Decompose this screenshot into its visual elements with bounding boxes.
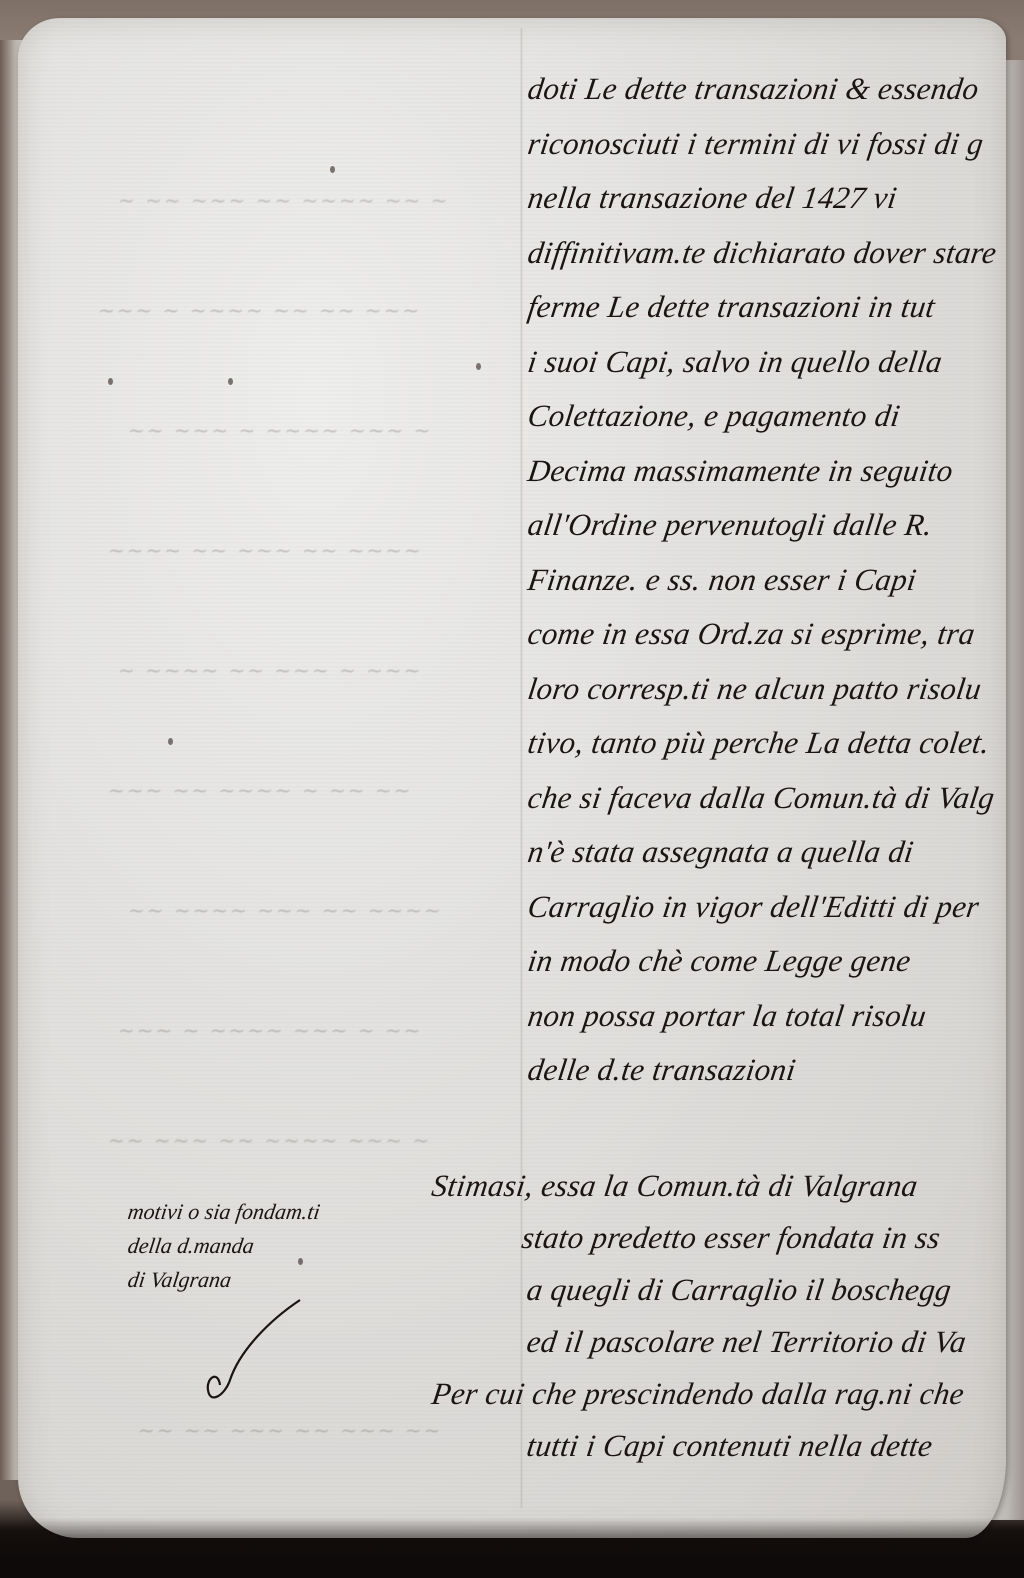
text-line: all'Ordine pervenutogli dalle R. bbox=[524, 498, 1012, 553]
text-line: Finanze. e ss. non esser i Capi bbox=[524, 553, 1012, 608]
bleed-through-ink: ~ ~~ ~~~ ~~ ~~~~ ~~ ~ bbox=[118, 188, 450, 212]
bleed-through-ink: ~~ ~~ ~~~ ~~ ~~~ ~~ bbox=[138, 1418, 442, 1442]
margin-note-line: motivi o sia fondam.ti bbox=[126, 1195, 391, 1229]
text-line: non possa portar la total risolu bbox=[524, 989, 1012, 1044]
manuscript-photo: ~ ~~ ~~~ ~~ ~~~~ ~~ ~ ~~~ ~ ~~~~ ~~ ~~ ~… bbox=[0, 0, 1024, 1578]
text-line: che si faceva dalla Comun.tà di Valg bbox=[524, 771, 1012, 826]
ink-speck bbox=[476, 363, 481, 370]
bleed-through-ink: ~~~ ~~ ~~~~ ~ ~~ ~~ bbox=[108, 778, 412, 802]
text-line: ferme Le dette transazioni in tut bbox=[524, 280, 1012, 335]
bleed-through-ink: ~~ ~~~ ~ ~~~~ ~~~ ~ bbox=[128, 418, 432, 442]
text-line: diffinitivam.te dichiarato dover stare bbox=[524, 226, 1012, 281]
text-line: delle d.te transazioni bbox=[524, 1043, 1012, 1098]
main-text-column: doti Le dette transazioni & essendo rico… bbox=[528, 62, 1008, 1098]
margin-note-line: della d.manda bbox=[126, 1229, 391, 1263]
text-line: Decima massimamente in seguito bbox=[524, 444, 1012, 499]
text-line: loro corresp.ti ne alcun patto risolu bbox=[524, 662, 1012, 717]
text-line: ed il pascolare nel Territorio di Va bbox=[428, 1316, 1015, 1368]
text-line: riconosciuti i termini di vi fossi di g bbox=[524, 117, 1012, 172]
second-paragraph: Stimasi, essa la Comun.tà di Valgrana st… bbox=[432, 1160, 1012, 1472]
text-line: come in essa Ord.za si esprime, tra bbox=[524, 607, 1012, 662]
text-line: tivo, tanto più perche La detta colet. bbox=[524, 716, 1012, 771]
bleed-through-ink: ~~ ~~~ ~~ ~~~~ ~~~ ~ bbox=[108, 1128, 431, 1152]
text-line: nella transazione del 1427 vi bbox=[524, 171, 1012, 226]
text-line: n'è stata assegnata a quella di bbox=[524, 825, 1012, 880]
bleed-through-ink: ~~~ ~ ~~~~ ~~ ~~ ~~~ bbox=[98, 298, 421, 322]
ink-speck bbox=[228, 378, 233, 385]
ink-speck bbox=[168, 738, 173, 745]
ink-speck bbox=[108, 378, 113, 385]
text-line: Colettazione, e pagamento di bbox=[524, 389, 1012, 444]
text-line: i suoi Capi, salvo in quello della bbox=[524, 335, 1012, 390]
text-line: tutti i Capi contenuti nella dette bbox=[428, 1420, 1015, 1472]
text-line: Per cui che prescindendo dalla rag.ni ch… bbox=[428, 1368, 1015, 1420]
text-line: stato predetto esser fondata in ss bbox=[428, 1212, 1015, 1264]
text-line: in modo chè come Legge gene bbox=[524, 934, 1012, 989]
ink-speck bbox=[330, 166, 335, 173]
bleed-through-ink: ~~ ~~~~ ~~~ ~~ ~~~~ bbox=[128, 898, 443, 922]
table-surface-shadow bbox=[0, 1518, 1024, 1578]
text-line: doti Le dette transazioni & essendo bbox=[524, 62, 1012, 117]
bleed-through-ink: ~~~ ~ ~~~~ ~~~ ~ ~~ bbox=[118, 1018, 422, 1042]
text-line: Carraglio in vigor dell'Editti di per bbox=[524, 880, 1012, 935]
bleed-through-ink: ~~~~ ~~ ~~~ ~~ ~~~~ bbox=[108, 538, 423, 562]
bleed-through-ink: ~ ~~~~ ~~ ~~~ ~ ~~~ bbox=[118, 658, 422, 682]
text-line: a quegli di Carraglio il boschegg bbox=[428, 1264, 1015, 1316]
margin-flourish-icon bbox=[190, 1290, 310, 1410]
margin-note: motivi o sia fondam.ti della d.manda di … bbox=[128, 1195, 388, 1297]
text-line: Stimasi, essa la Comun.tà di Valgrana bbox=[428, 1160, 1015, 1212]
